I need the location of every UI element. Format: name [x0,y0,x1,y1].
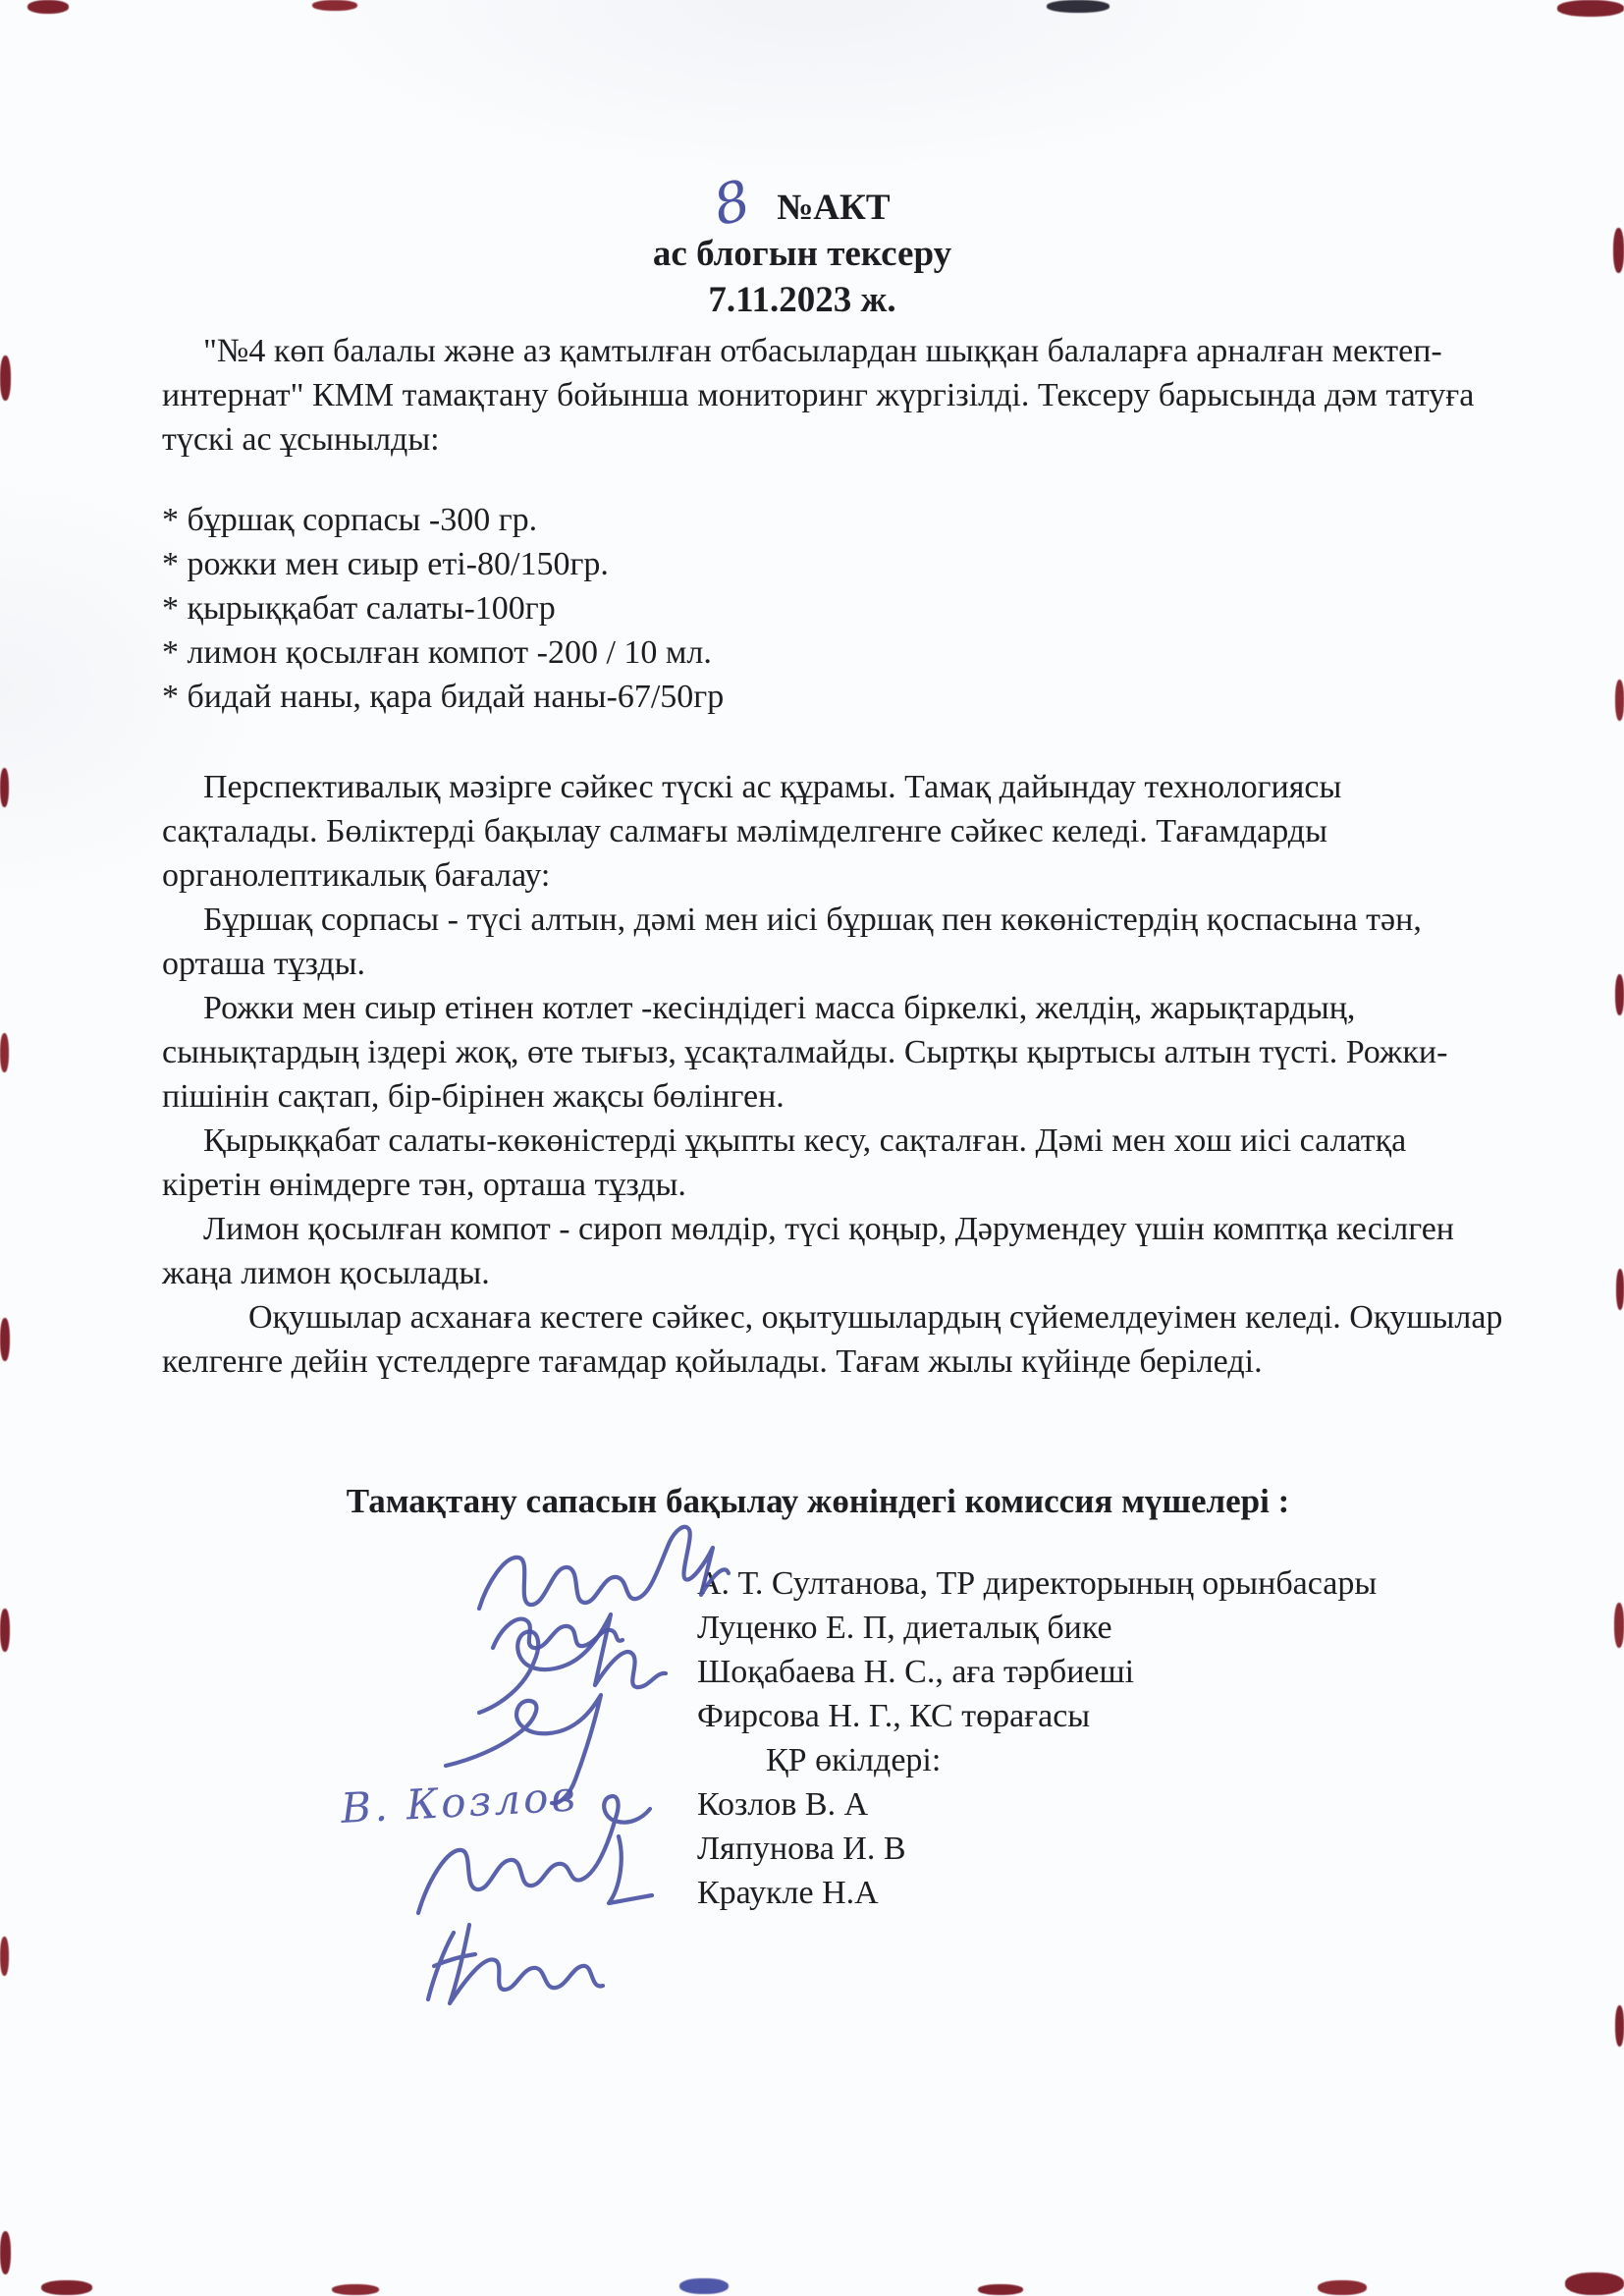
commission-members-list: А. Т. Султанова, ТР директорының орынбас… [697,1561,1377,1915]
scan-mark [1565,2272,1624,2295]
title-line: 8№АКТ [131,185,1474,231]
scan-mark [1615,680,1624,721]
scan-mark [1047,0,1110,13]
menu-item: * лимон қосылған компот -200 / 10 мл. [162,630,1505,675]
scan-mark [0,1609,10,1652]
scanned-page: { "document": { "handwritten_number": "8… [0,0,1624,2296]
scan-mark [0,1318,10,1361]
document-title: №АКТ [777,188,890,228]
representative-name: Козлов В. А [697,1782,1377,1827]
scan-mark [1616,1269,1624,1310]
scan-mark [978,2284,1023,2295]
assessment-paragraphs: Перспективалық мәзірге сәйкес түскі ас қ… [162,765,1505,1384]
document-subtitle: ас блогын тексеру [131,231,1474,277]
scan-mark [27,0,69,14]
signatures-overlay: В. Козлов [324,1512,746,2023]
paragraph: Оқушылар асханаға кестеге сәйкес, оқытуш… [162,1295,1505,1384]
representative-name: Ляпунова И. В [697,1827,1377,1871]
representatives-heading: ҚР өкілдері: [697,1738,1377,1782]
menu-list: * бұршақ сорпасы -300 гр. * рожки мен си… [162,498,1505,719]
representative-name: Краукле Н.А [697,1871,1377,1915]
member-name: Луценко Е. П, диеталық бике [697,1606,1377,1650]
signature-sultanova [479,1527,729,1609]
paragraph: Рожки мен сиыр етінен котлет -кесіндідег… [162,986,1505,1119]
member-name: Шоқабаева Н. С., аға тәрбиеші [697,1650,1377,1694]
member-name: А. Т. Султанова, ТР директорының орынбас… [697,1561,1377,1606]
scan-mark [1318,2280,1367,2295]
scan-mark [0,1937,9,1976]
member-name: Фирсова Н. Г., КС төрағасы [697,1694,1377,1738]
scan-mark [1615,974,1624,1015]
signature-kraukle [428,1925,603,2003]
scan-mark [332,2284,379,2295]
scan-mark [41,2280,92,2295]
intro-paragraph: "№4 көп балалы және аз қамтылған отбасыл… [162,329,1505,462]
menu-item: * рожки мен сиыр еті-80/150гр. [162,542,1505,586]
signature-kozlov-handwriting: В. Козлов [339,1772,579,1832]
scan-mark [1613,228,1624,273]
scan-mark [0,2231,11,2274]
scan-mark [0,1033,9,1072]
scan-mark [0,355,11,401]
scan-mark [679,2278,729,2294]
scan-mark [1614,1603,1624,1648]
document-date: 7.11.2023 ж. [131,277,1474,323]
scan-mark [1557,0,1624,17]
scan-mark [312,0,357,11]
menu-item: * бұршақ сорпасы -300 гр. [162,498,1505,542]
title-block: 8№АКТ ас блогын тексеру 7.11.2023 ж. [131,185,1474,323]
document-body: 8№АКТ ас блогын тексеру 7.11.2023 ж. "№4… [162,185,1505,1384]
scan-mark [1615,2005,1624,2047]
paragraph: Лимон қосылған компот - сироп мөлдір, тү… [162,1207,1505,1295]
paragraph: Перспективалық мәзірге сәйкес түскі ас қ… [162,765,1505,898]
paragraph: Бұршақ сорпасы - түсі алтын, дәмі мен иі… [162,898,1505,986]
paragraph: Қырыққабат салаты-көкөністерді ұқыпты ке… [162,1119,1505,1207]
menu-item: * қырыққабат салаты-100гр [162,586,1505,630]
handwritten-act-number: 8 [716,200,750,209]
menu-item: * бидай наны, қара бидай наны-67/50гр [162,675,1505,719]
scan-mark [0,768,9,807]
